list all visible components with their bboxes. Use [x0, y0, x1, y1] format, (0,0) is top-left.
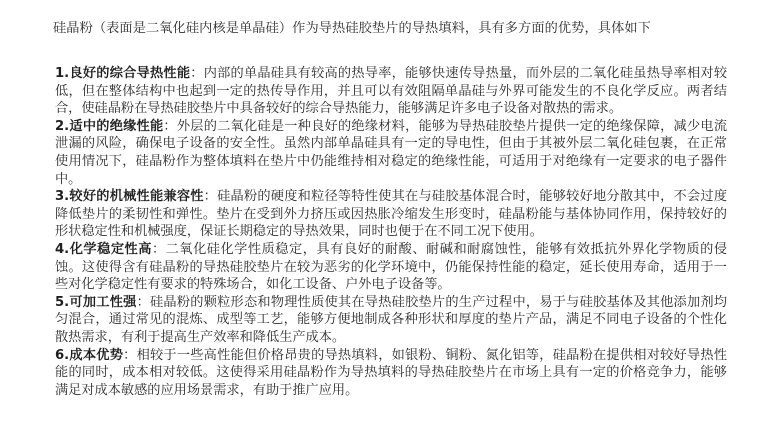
advantage-item-chemical: 4.化学稳定性高：二氧化硅化学性质稳定，具有良好的耐酸、耐碱和耐腐蚀性，能够有效…	[55, 241, 727, 294]
item-heading: 化学稳定性高	[69, 242, 152, 257]
item-body: 硅晶粉的颗粒形态和物理性质使其在导热硅胶垫片的生产过程中，易于与硅胶基体及其他添…	[55, 295, 727, 345]
advantage-item-insulation: 2.适中的绝缘性能：外层的二氧化硅是一种良好的绝缘材料，能够为导热硅胶垫片提供一…	[55, 118, 727, 188]
item-number: 1.	[55, 66, 69, 81]
item-number: 5.	[55, 295, 69, 310]
advantage-title: 3.较好的机械性能兼容性	[55, 189, 204, 204]
item-number: 4.	[55, 242, 69, 257]
advantage-title: 2.适中的绝缘性能	[55, 119, 163, 134]
item-separator: ：	[137, 295, 150, 310]
advantage-title: 5.可加工性强	[55, 295, 137, 310]
advantages-list: 1.良好的综合导热性能：内部的单晶硅具有较高的热导率，能够快速传导热量，而外层的…	[55, 65, 727, 399]
item-heading: 较好的机械性能兼容性	[69, 189, 203, 204]
item-separator: ：	[204, 189, 217, 204]
item-number: 3.	[55, 189, 69, 204]
item-separator: ：	[152, 242, 166, 257]
item-separator: ：	[163, 119, 176, 134]
item-separator: ：	[190, 66, 203, 81]
item-body: 相较于一些高性能但价格昂贵的导热填料，如银粉、铜粉、氮化铝等，硅晶粉在提供相对较…	[55, 348, 727, 398]
item-heading: 可加工性强	[69, 295, 136, 310]
advantage-title: 1.良好的综合导热性能	[55, 66, 190, 81]
advantage-item-processability: 5.可加工性强：硅晶粉的颗粒形态和物理性质使其在导热硅胶垫片的生产过程中，易于与…	[55, 294, 727, 347]
intro-paragraph: 硅晶粉（表面是二氧化硅内核是单晶硅）作为导热硅胶垫片的导热填料，具有多方面的优势…	[53, 20, 753, 38]
item-heading: 适中的绝缘性能	[69, 119, 163, 134]
item-separator: ：	[123, 348, 136, 363]
advantage-item-cost: 6.成本优势：相较于一些高性能但价格昂贵的导热填料，如银粉、铜粉、氮化铝等，硅晶…	[55, 347, 727, 400]
advantage-item-thermal: 1.良好的综合导热性能：内部的单晶硅具有较高的热导率，能够快速传导热量，而外层的…	[55, 65, 727, 118]
item-number: 6.	[55, 348, 69, 363]
advantage-title: 4.化学稳定性高	[55, 242, 152, 257]
advantage-item-mechanical: 3.较好的机械性能兼容性：硅晶粉的硬度和粒径等特性使其在与硅胶基体混合时，能够较…	[55, 188, 727, 241]
item-heading: 良好的综合导热性能	[69, 66, 190, 81]
item-number: 2.	[55, 119, 69, 134]
item-heading: 成本优势	[69, 348, 123, 363]
advantage-title: 6.成本优势	[55, 348, 123, 363]
